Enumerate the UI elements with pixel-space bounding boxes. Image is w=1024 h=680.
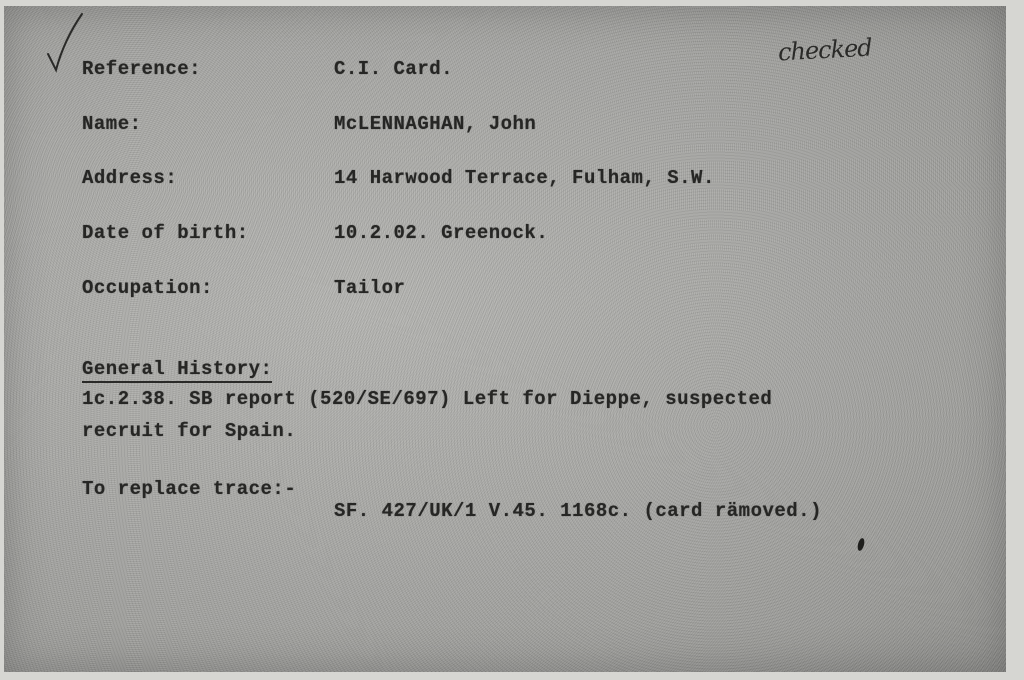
field-value-address: 14 Harwood Terrace, Fulham, S.W. <box>334 167 715 189</box>
document-page: checked Reference: C.I. Card. Name: McLE… <box>0 0 1024 680</box>
field-label-date-of-birth: Date of birth: <box>82 222 249 244</box>
field-value-occupation: Tailor <box>334 277 405 299</box>
paper-texture <box>4 6 1006 672</box>
handwritten-checked-note: checked <box>777 34 872 67</box>
checkmark-icon <box>44 10 84 74</box>
field-label-address: Address: <box>82 167 177 189</box>
general-history-line-1: 1c.2.38. SB report (520/SE/697) Left for… <box>82 388 772 410</box>
field-value-date-of-birth: 10.2.02. Greenock. <box>334 222 548 244</box>
index-card <box>4 6 1006 672</box>
general-history-line-2: recruit for Spain. <box>82 420 296 442</box>
general-history-heading: General History: <box>82 358 272 383</box>
field-label-occupation: Occupation: <box>82 277 213 299</box>
field-label-reference: Reference: <box>82 58 201 80</box>
field-value-reference: C.I. Card. <box>334 58 453 80</box>
replace-trace-label: To replace trace:- <box>82 478 296 500</box>
field-value-name: McLENNAGHAN, John <box>334 113 536 135</box>
field-label-name: Name: <box>82 113 142 135</box>
replace-trace-value: SF. 427/UK/1 V.45. 1168c. (card rämoved.… <box>334 500 822 522</box>
